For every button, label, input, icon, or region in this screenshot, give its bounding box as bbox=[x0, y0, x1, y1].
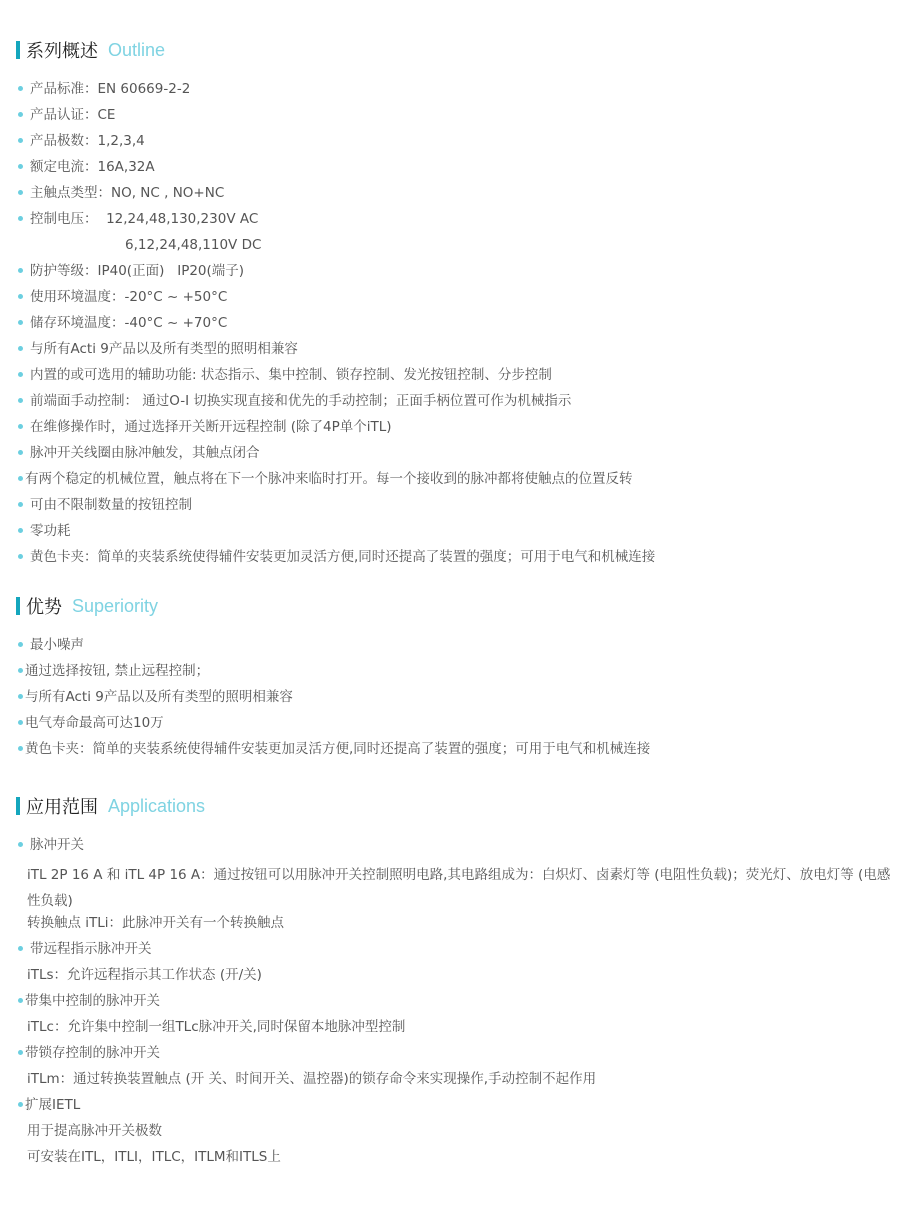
list-item: 产品标准：EN 60669-2-2 bbox=[18, 80, 190, 98]
app-group-line: iTLc：允许集中控制一组TLc脉冲开关,同时保留本地脉冲型控制 bbox=[27, 1018, 405, 1036]
bullet-icon bbox=[18, 190, 23, 195]
heading-en: Applications bbox=[108, 796, 205, 817]
bullet-icon bbox=[18, 294, 23, 299]
bullet-icon bbox=[18, 216, 23, 221]
list-item: 有两个稳定的机械位置，触点将在下一个脉冲来临时打开。每一个接收到的脉冲都将使触点… bbox=[18, 470, 633, 488]
section-title-applications: 应用范围 Applications bbox=[16, 795, 205, 817]
heading-zh: 应用范围 bbox=[26, 793, 98, 819]
list-item: 最小噪声 bbox=[18, 636, 84, 654]
list-item: 额定电流：16A,32A bbox=[18, 158, 155, 176]
list-item: 内置的或可选用的辅助功能: 状态指示、集中控制、锁存控制、发光按钮控制、分步控制 bbox=[18, 366, 552, 384]
list-item: 与所有Acti 9产品以及所有类型的照明相兼容 bbox=[18, 688, 293, 706]
bullet-icon bbox=[18, 668, 23, 673]
section-title-superiority: 优势 Superiority bbox=[16, 595, 158, 617]
list-item-continuation: 6,12,24,48,110V DC bbox=[125, 236, 261, 254]
app-group-heading: 带远程指示脉冲开关 bbox=[18, 940, 152, 958]
app-group-heading: 脉冲开关 bbox=[18, 836, 84, 854]
bullet-icon bbox=[18, 746, 23, 751]
list-item: 在维修操作时，通过选择开关断开远程控制 (除了4P单个iTL) bbox=[18, 418, 392, 436]
heading-zh: 系列概述 bbox=[26, 37, 98, 63]
bullet-icon bbox=[18, 164, 23, 169]
list-item: 黄色卡夹：简单的夹装系统使得辅件安装更加灵活方便,同时还提高了装置的强度；可用于… bbox=[18, 548, 655, 566]
list-item: 控制电压： 12,24,48,130,230V AC bbox=[18, 210, 258, 228]
accent-bar bbox=[16, 41, 20, 59]
app-group-line: iTLs：允许远程指示其工作状态 (开/关) bbox=[27, 966, 262, 984]
heading-en: Superiority bbox=[72, 596, 158, 617]
bullet-icon bbox=[18, 398, 23, 403]
heading-en: Outline bbox=[108, 40, 165, 61]
bullet-icon bbox=[18, 528, 23, 533]
bullet-icon bbox=[18, 424, 23, 429]
app-group-line: iTLm：通过转换装置触点 (开 关、时间开关、温控器)的锁存命令来实现操作,手… bbox=[27, 1070, 596, 1088]
bullet-icon bbox=[18, 320, 23, 325]
app-group-line: 用于提高脉冲开关极数 bbox=[27, 1122, 162, 1140]
bullet-icon bbox=[18, 1050, 23, 1055]
bullet-icon bbox=[18, 450, 23, 455]
bullet-icon bbox=[18, 1102, 23, 1107]
accent-bar bbox=[16, 597, 20, 615]
bullet-icon bbox=[18, 268, 23, 273]
list-item: 前端面手动控制： 通过O-I 切换实现直接和优先的手动控制；正面手柄位置可作为机… bbox=[18, 392, 571, 410]
bullet-icon bbox=[18, 720, 23, 725]
bullet-icon bbox=[18, 138, 23, 143]
bullet-icon bbox=[18, 554, 23, 559]
list-item: 产品认证：CE bbox=[18, 106, 115, 124]
list-item: 使用环境温度：-20°C ~ +50°C bbox=[18, 288, 227, 306]
app-group-heading: 扩展IETL bbox=[18, 1096, 80, 1114]
list-item: 零功耗 bbox=[18, 522, 71, 540]
list-item: 储存环境温度：-40°C ~ +70°C bbox=[18, 314, 227, 332]
app-group-heading: 带锁存控制的脉冲开关 bbox=[18, 1044, 160, 1062]
bullet-icon bbox=[18, 86, 23, 91]
list-item: 通过选择按钮, 禁止远程控制； bbox=[18, 662, 209, 680]
bullet-icon bbox=[18, 998, 23, 1003]
app-group-line: iTL 2P 16 A 和 iTL 4P 16 A：通过按钮可以用脉冲开关控制照… bbox=[27, 862, 893, 914]
heading-zh: 优势 bbox=[26, 593, 62, 619]
section-title-outline: 系列概述 Outline bbox=[16, 39, 165, 61]
bullet-icon bbox=[18, 112, 23, 117]
app-group-line: 可安装在ITL，ITLI，ITLC，ITLM和ITLS上 bbox=[27, 1148, 281, 1166]
list-item: 主触点类型：NO, NC , NO+NC bbox=[18, 184, 224, 202]
list-item: 防护等级：IP40(正面) IP20(端子) bbox=[18, 262, 244, 280]
list-item: 脉冲开关线圈由脉冲触发，其触点闭合 bbox=[18, 444, 260, 462]
list-item: 产品极数：1,2,3,4 bbox=[18, 132, 145, 150]
list-item: 与所有Acti 9产品以及所有类型的照明相兼容 bbox=[18, 340, 298, 358]
accent-bar bbox=[16, 797, 20, 815]
bullet-icon bbox=[18, 694, 23, 699]
bullet-icon bbox=[18, 346, 23, 351]
bullet-icon bbox=[18, 372, 23, 377]
list-item: 黄色卡夹：简单的夹装系统使得辅件安装更加灵活方便,同时还提高了装置的强度；可用于… bbox=[18, 740, 650, 758]
list-item: 可由不限制数量的按钮控制 bbox=[18, 496, 192, 514]
bullet-icon bbox=[18, 502, 23, 507]
bullet-icon bbox=[18, 476, 23, 481]
app-group-heading: 带集中控制的脉冲开关 bbox=[18, 992, 160, 1010]
bullet-icon bbox=[18, 842, 23, 847]
list-item: 电气寿命最高可达10万 bbox=[18, 714, 164, 732]
bullet-icon bbox=[18, 642, 23, 647]
app-group-line: 转换触点 iTLi：此脉冲开关有一个转换触点 bbox=[27, 914, 284, 932]
bullet-icon bbox=[18, 946, 23, 951]
